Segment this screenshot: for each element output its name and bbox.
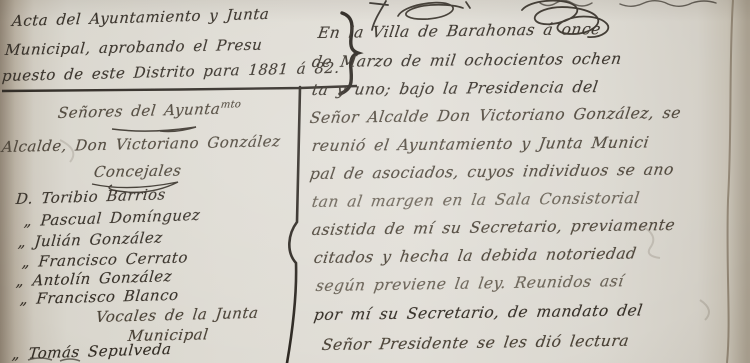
attendees-heading: Señores del Ayuntamto bbox=[57, 99, 242, 122]
junta-member-name: „ Tomás Sepulveda bbox=[11, 340, 172, 363]
concejal-name: „ Julián González bbox=[17, 228, 163, 251]
body-line: ta y uno; bajo la Presidencia del bbox=[311, 78, 600, 99]
heading-superscript: mto bbox=[220, 99, 242, 111]
margin-note-line-2: Municipal, aprobando el Presu bbox=[4, 36, 263, 59]
concejal-name: D. Toribio Barrios bbox=[15, 185, 166, 208]
body-line: asistida de mí su Secretario, previament… bbox=[311, 216, 677, 239]
cutoff-text-fragment bbox=[540, 1, 716, 7]
signature-rubric-icon bbox=[398, 2, 470, 19]
margin-underline-rule bbox=[2, 86, 357, 91]
body-line: tan al margen en la Sala Consistorial bbox=[311, 189, 641, 211]
manuscript-page: Acta del Ayuntamiento y Junta Municipal,… bbox=[0, 0, 750, 363]
body-line: de Marzo de mil ochocientos ochen bbox=[311, 50, 623, 71]
concejales-heading: Concejales bbox=[93, 161, 183, 181]
alcalde-line: Alcalde, Don Victoriano González bbox=[1, 132, 281, 156]
junta-heading-line1: Vocales de la Junta bbox=[95, 304, 260, 326]
margin-note-line-1: Acta del Ayuntamiento y Junta bbox=[11, 5, 270, 30]
page-edge-line bbox=[727, 0, 733, 363]
margin-note-line-3: puesto de este Distrito para 1881 á 82. bbox=[1, 59, 340, 85]
heading-underline-flourish bbox=[112, 127, 196, 132]
concejal-name: „ Pascual Domínguez bbox=[23, 206, 201, 230]
column-divider-line bbox=[287, 87, 300, 363]
body-line: pal de asociados, cuyos individuos se an… bbox=[309, 161, 676, 183]
body-line: citados y hecha la debida notoriedad bbox=[313, 244, 638, 267]
body-line: En la Villa de Barahonas á once bbox=[317, 20, 602, 42]
concejal-name: „ Francisco Blanco bbox=[19, 286, 179, 308]
body-line: según previene la ley. Reunidos así bbox=[315, 272, 625, 295]
body-line: reunió el Ayuntamiento y Junta Munici bbox=[311, 133, 651, 155]
body-line: Señor Presidente se les dió lectura bbox=[321, 332, 631, 354]
body-line: Señor Alcalde Don Victoriano González, s… bbox=[309, 104, 683, 127]
body-line: por mí su Secretario, de mandato del bbox=[313, 301, 644, 324]
